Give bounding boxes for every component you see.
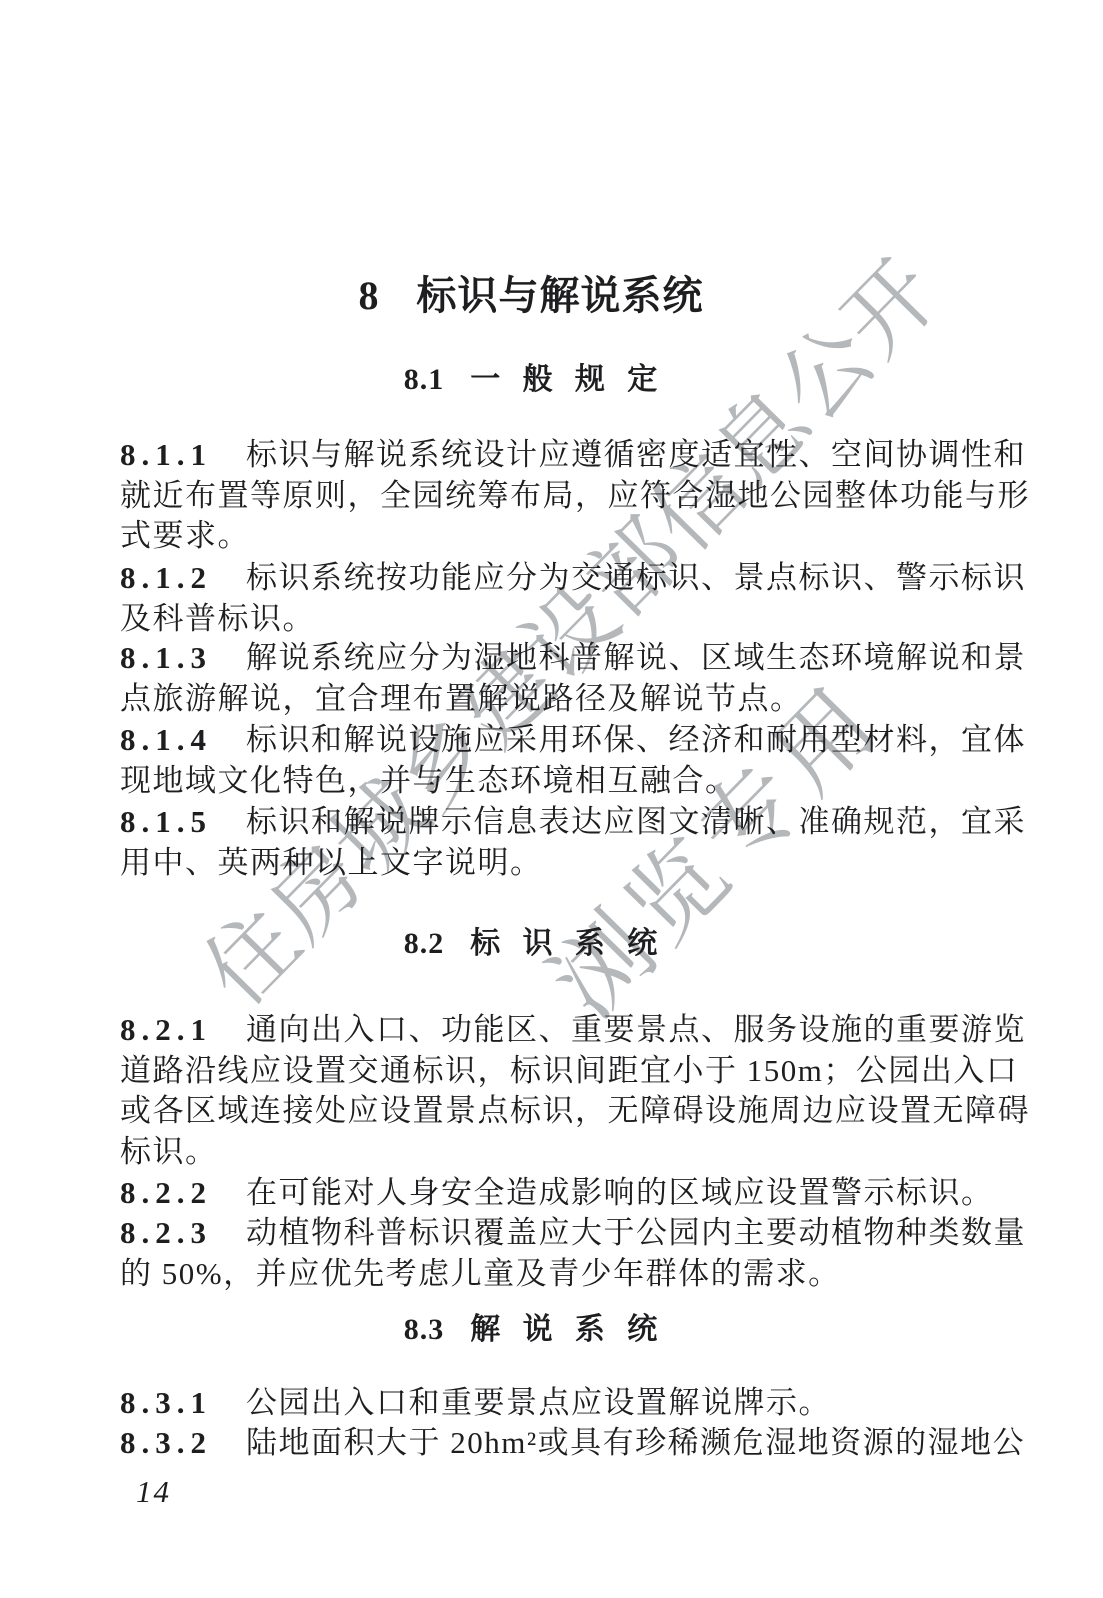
clause-line: 现地域文化特色，并与生态环境相互融合。 [120,761,992,802]
clause-text: 标识与解说系统设计应遵循密度适宜性、空间协调性和 [246,437,1026,472]
clause-line: 或各区域连接处应设置景点标识，无障碍设施周边应设置无障碍 [120,1091,992,1132]
clause-text: 在可能对人身安全造成影响的区域应设置警示标识。 [246,1175,994,1210]
clause-8-1-3: 8.1.3解说系统应分为湿地科普解说、区域生态环境解说和景 点旅游解说，宜合理布… [120,638,992,719]
clause-line: 点旅游解说，宜合理布置解说路径及解说节点。 [120,679,992,720]
clause-line: 式要求。 [120,516,992,557]
clause-8-3-1: 8.3.1公园出入口和重要景点应设置解说牌示。 [120,1383,992,1424]
clause-number: 8.2.2 [120,1175,212,1210]
clause-number: 8.1.3 [120,640,212,675]
clause-text: 公园出入口和重要景点应设置解说牌示。 [246,1385,831,1420]
clause-text: 解说系统应分为湿地科普解说、区域生态环境解说和景 [246,640,1026,675]
page-number: 14 [136,1474,171,1510]
section-number: 8.3 [404,1313,445,1346]
clause-line: 8.3.1公园出入口和重要景点应设置解说牌示。 [120,1383,992,1424]
clause-text: 标识和解说牌示信息表达应图文清晰、准确规范，宜采 [246,804,1026,839]
clause-number: 8.1.2 [120,560,212,595]
clause-line: 用中、英两种以上文字说明。 [120,843,992,884]
clause-8-2-2: 8.2.2在可能对人身安全造成影响的区域应设置警示标识。 [120,1173,992,1214]
clause-line: 就近布置等原则，全园统筹布局，应符合湿地公园整体功能与形 [120,476,992,517]
clause-line: 道路沿线应设置交通标识，标识间距宜小于 150m；公园出入口 [120,1051,992,1092]
section-heading-8-1: 8.1一 般 规 定 [0,361,1068,399]
clause-text: 标识系统按功能应分为交通标识、景点标识、警示标识 [246,560,1026,595]
clause-number: 8.3.1 [120,1385,212,1420]
clause-line: 8.2.2在可能对人身安全造成影响的区域应设置警示标识。 [120,1173,992,1214]
section-title: 解 说 系 统 [470,1313,664,1346]
clause-8-2-3: 8.2.3动植物科普标识覆盖应大于公园内主要动植物种类数量 的 50%，并应优先… [120,1213,992,1294]
clause-number: 8.3.2 [120,1425,212,1460]
chapter-title: 8标识与解说系统 [0,270,1062,322]
clause-text: 动植物科普标识覆盖应大于公园内主要动植物种类数量 [246,1215,1026,1250]
chapter-name: 标识与解说系统 [417,274,704,318]
section-number: 8.1 [404,363,445,396]
clause-number: 8.2.3 [120,1215,212,1250]
clause-8-3-2: 8.3.2陆地面积大于 20hm²或具有珍稀濒危湿地资源的湿地公 [120,1423,992,1464]
clause-line: 标识。 [120,1132,992,1173]
clause-line: 的 50%，并应优先考虑儿童及青少年群体的需求。 [120,1254,992,1295]
clause-8-1-5: 8.1.5标识和解说牌示信息表达应图文清晰、准确规范，宜采 用中、英两种以上文字… [120,802,992,883]
clause-line: 8.3.2陆地面积大于 20hm²或具有珍稀濒危湿地资源的湿地公 [120,1423,992,1464]
clause-8-1-2: 8.1.2标识系统按功能应分为交通标识、景点标识、警示标识 及科普标识。 [120,558,992,639]
section-title: 标 识 系 统 [470,927,664,960]
clause-number: 8.1.4 [120,722,212,757]
clause-8-1-1: 8.1.1标识与解说系统设计应遵循密度适宜性、空间协调性和 就近布置等原则，全园… [120,435,992,557]
clause-number: 8.1.5 [120,804,212,839]
chapter-number: 8 [359,273,379,318]
clause-8-1-4: 8.1.4标识和解说设施应采用环保、经济和耐用型材料，宜体 现地域文化特色，并与… [120,720,992,801]
clause-line: 8.2.3动植物科普标识覆盖应大于公园内主要动植物种类数量 [120,1213,992,1254]
document-page: 8标识与解说系统 8.1一 般 规 定 8.1.1标识与解说系统设计应遵循密度适… [0,0,1103,1598]
clause-8-2-1: 8.2.1通向出入口、功能区、重要景点、服务设施的重要游览 道路沿线应设置交通标… [120,1010,992,1172]
clause-text: 陆地面积大于 20hm²或具有珍稀濒危湿地资源的湿地公 [246,1425,1025,1460]
section-title: 一 般 规 定 [470,363,664,396]
section-heading-8-2: 8.2标 识 系 统 [0,925,1068,963]
clause-text: 通向出入口、功能区、重要景点、服务设施的重要游览 [246,1012,1026,1047]
clause-number: 8.1.1 [120,437,212,472]
section-heading-8-3: 8.3解 说 系 统 [0,1311,1068,1349]
clause-line: 8.1.1标识与解说系统设计应遵循密度适宜性、空间协调性和 [120,435,992,476]
clause-line: 及科普标识。 [120,599,992,640]
clause-line: 8.1.3解说系统应分为湿地科普解说、区域生态环境解说和景 [120,638,992,679]
clause-line: 8.1.2标识系统按功能应分为交通标识、景点标识、警示标识 [120,558,992,599]
section-number: 8.2 [404,927,445,960]
clause-number: 8.2.1 [120,1012,212,1047]
clause-line: 8.1.4标识和解说设施应采用环保、经济和耐用型材料，宜体 [120,720,992,761]
clause-text: 标识和解说设施应采用环保、经济和耐用型材料，宜体 [246,722,1026,757]
clause-line: 8.2.1通向出入口、功能区、重要景点、服务设施的重要游览 [120,1010,992,1051]
clause-line: 8.1.5标识和解说牌示信息表达应图文清晰、准确规范，宜采 [120,802,992,843]
